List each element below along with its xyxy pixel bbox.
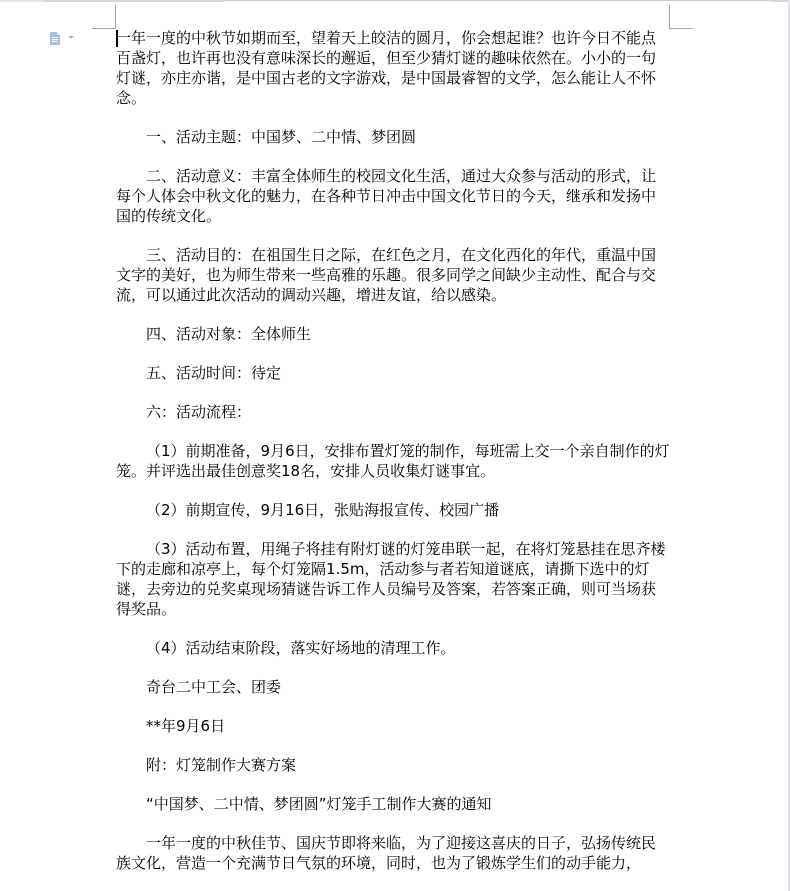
paragraph-notice-title: “中国梦、二中情、梦团圆”灯笼手工制作大赛的通知 (116, 794, 670, 814)
paragraph-step-1: （1）前期准备，9月6日，安排布置灯笼的制作，每班需上交一个亲自制作的灯笼。并评… (116, 441, 670, 481)
margin-marker-top-right (669, 5, 670, 29)
paragraph-purpose: 三、活动目的：在祖国生日之际，在红色之月，在文化西化的年代，重温中国文字的美好，… (116, 245, 670, 305)
paragraph-audience: 四、活动对象：全体师生 (116, 324, 670, 344)
paragraph-appendix: 附：灯笼制作大赛方案 (116, 755, 670, 775)
margin-marker-top-left (92, 28, 116, 29)
paragraph-notice-body: 一年一度的中秋佳节、国庆节即将来临，为了迎接这喜庆的日子，弘扬传统民族文化，营造… (116, 833, 670, 873)
margin-marker-top-left (115, 5, 116, 29)
paragraph-step-2: （2）前期宣传，9月16日，张贴海报宣传、校园广播 (116, 500, 670, 520)
margin-marker-top-right (669, 28, 693, 29)
paragraph-date: **年9月6日 (116, 716, 670, 736)
paragraph-step-4: （4）活动结束阶段，落实好场地的清理工作。 (116, 638, 670, 658)
paragraph-step-3: （3）活动布置，用绳子将挂有附灯谜的灯笼串联一起，在将灯笼悬挂在思齐楼下的走廊和… (116, 539, 670, 619)
toolbar-edge-segment (44, 0, 224, 2)
paragraph-time: 五、活动时间：待定 (116, 363, 670, 383)
toolbar-edge-right (770, 0, 790, 2)
paragraph-process-heading: 六：活动流程： (116, 402, 670, 422)
paragraph-theme: 一、活动主题：中国梦、二中情、梦团圆 (116, 127, 670, 147)
toolbar-edge-left (0, 0, 44, 2)
caret-down-icon[interactable] (68, 36, 74, 39)
document-page[interactable]: 一年一度的中秋节如期而至，望着天上皎洁的圆月，你会想起谁？也许今日不能点百盏灯，… (116, 28, 670, 891)
paragraph-intro: 一年一度的中秋节如期而至，望着天上皎洁的圆月，你会想起谁？也许今日不能点百盏灯，… (116, 28, 670, 108)
paragraph-signature: 奇台二中工会、团委 (116, 677, 670, 697)
document-icon[interactable] (50, 30, 60, 43)
paragraph-significance: 二、活动意义：丰富全体师生的校园文化生活，通过大众参与活动的形式，让每个人体会中… (116, 166, 670, 226)
